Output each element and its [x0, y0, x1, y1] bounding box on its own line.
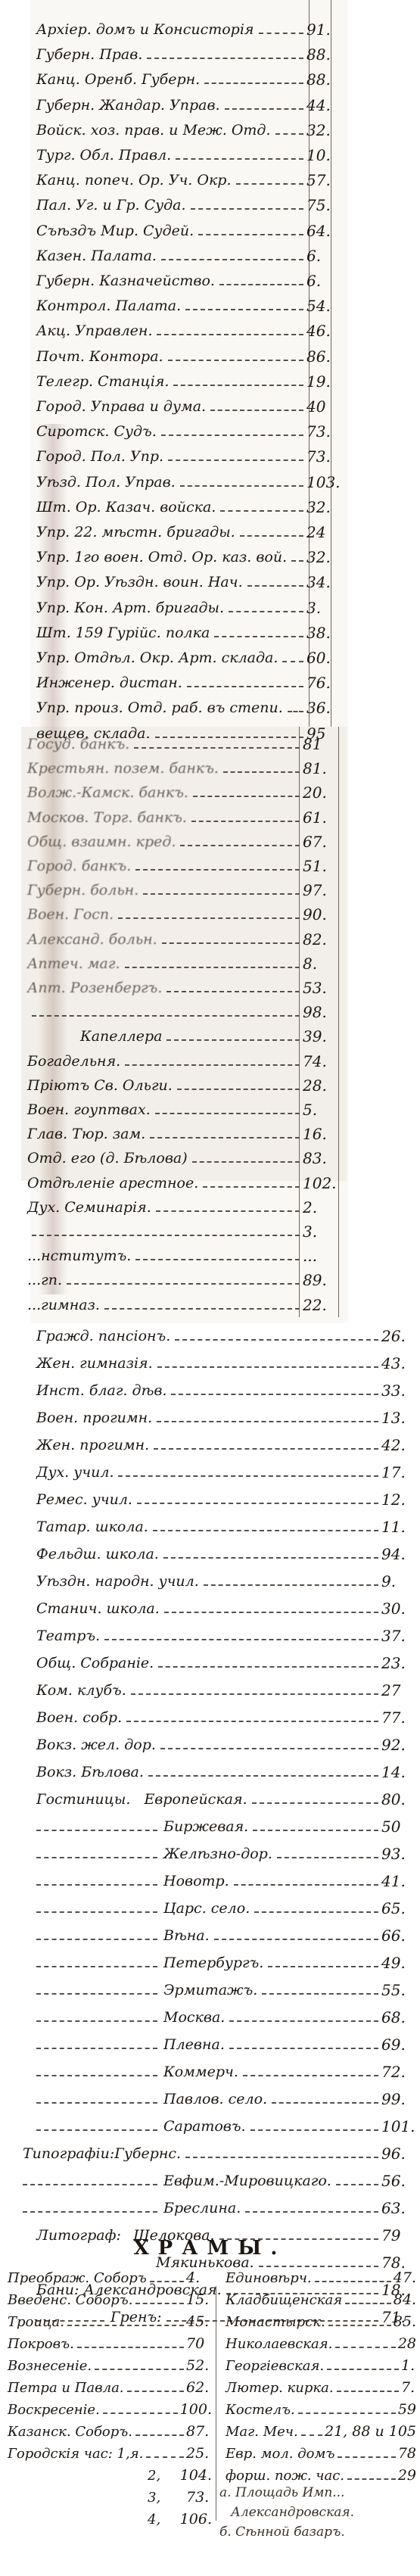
index-entry: Павлов. село.99. — [36, 2082, 407, 2107]
index-entry: Вокз. жел. дор.92. — [36, 1727, 407, 1753]
index-entry: ...нститутъ.... — [27, 1238, 338, 1264]
index-entry: Станич. школа.30. — [36, 1591, 407, 1617]
leader-line — [315, 2281, 391, 2282]
entry-number: 88. — [306, 71, 335, 88]
entry-label: Павлов. село. — [163, 2091, 267, 2107]
entry-label: Эрмитажъ. — [163, 1982, 257, 1998]
entry-label: Инженер. дистан. — [36, 674, 182, 691]
entry-label: Фельдш. школа. — [36, 1546, 159, 1562]
leader-line — [36, 2102, 157, 2104]
entry-number: 10. — [306, 147, 335, 164]
index-entry: Желѣзно-дор.93. — [36, 1836, 407, 1862]
leader-line — [277, 1857, 378, 1858]
temple-number: 84. — [394, 2291, 416, 2308]
entry-number: 46. — [306, 322, 335, 339]
leader-line — [282, 661, 303, 662]
entry-label: Плевна. — [163, 2036, 225, 2053]
leader-line — [36, 1857, 157, 1858]
entry-number: 76. — [306, 674, 335, 691]
leader-line — [191, 208, 303, 210]
entry-number: 50 — [381, 1818, 407, 1835]
entry-label: Бреслина. — [163, 2200, 241, 2216]
leader-line — [229, 2048, 378, 2049]
entry-number: 60. — [306, 649, 335, 666]
leader-line — [166, 991, 300, 992]
entry-number: 73. — [306, 423, 335, 440]
index-entry: Новотр.41. — [36, 1864, 407, 1889]
index-entry: Город. банкъ.51. — [27, 849, 338, 874]
temple-number: 7. — [401, 2379, 416, 2396]
leader-line — [135, 2303, 184, 2304]
index-entry: Канц. Оренб. Губерн.88. — [36, 62, 335, 88]
leader-line — [103, 2412, 178, 2414]
temple-number: 15. — [186, 2291, 212, 2308]
entry-number: 39. — [303, 1028, 338, 1045]
index-entry: ...гп.89. — [27, 1263, 338, 1288]
index-entry: Глав. Тюр. зам.16. — [27, 1117, 338, 1142]
index-entry: Тург. Обл. Правл.10. — [36, 138, 335, 164]
temple-entry: Костелъ.59 — [226, 2395, 416, 2418]
entry-number: 72. — [381, 2064, 407, 2080]
temple-entry: Георгiевская.1. — [226, 2351, 416, 2374]
entry-label: Прiютъ Св. Ольги. — [27, 1077, 173, 1094]
leader-line — [164, 1612, 378, 1613]
index-entry: Гражд. пансiонъ.26. — [36, 1319, 407, 1344]
leader-line — [243, 2075, 378, 2076]
temple-name: Воскресенiе. — [8, 2402, 100, 2418]
leader-line — [163, 1557, 378, 1559]
entry-label: Упр. Отдѣл. Окр. Арт. склада. — [36, 649, 278, 666]
entry-number: 67. — [303, 833, 338, 850]
index-entry: Ремес. учил.12. — [36, 1482, 407, 1508]
leader-line — [180, 485, 303, 487]
leader-line — [161, 259, 303, 260]
entry-number: 101. — [381, 2118, 407, 2135]
leader-line — [36, 1966, 157, 1967]
index-entry: Губерн. Казначейство.6. — [36, 263, 335, 289]
temple-name: Кладбищенская — [226, 2292, 342, 2308]
leader-line — [118, 917, 300, 919]
temple-number: 87. — [186, 2423, 212, 2440]
index-entry: Евфим.-Мировицкаго.56. — [23, 2163, 407, 2189]
index-entry: Богадельня.74. — [27, 1044, 338, 1070]
entry-number: 68. — [381, 2009, 407, 2026]
entry-label: Город. Пол. Упр. — [36, 448, 163, 465]
entry-number: 99. — [381, 2091, 407, 2107]
entry-number: 37. — [381, 1628, 407, 1644]
entry-number: 41. — [381, 1873, 407, 1889]
entry-number: 19. — [306, 373, 335, 390]
entry-number: 12. — [381, 1491, 407, 1508]
index-entry: Почт. Контора.86. — [36, 339, 335, 365]
leader-line — [23, 2211, 157, 2213]
index-entry: Типографiи:Губернс.96. — [23, 2136, 407, 2162]
entry-number: 93. — [381, 1846, 407, 1862]
entry-number: 28. — [303, 1077, 338, 1094]
entry-label: Воен. гоуптвах. — [27, 1101, 151, 1118]
entry-number: 17. — [381, 1464, 407, 1481]
temple-name: Лютер. кирка. — [226, 2380, 334, 2396]
index-entry: Татар. школа.11. — [36, 1509, 407, 1535]
temple-number: 28 — [398, 2335, 416, 2352]
index-entry: Уѣздн. народн. учил.9. — [36, 1564, 407, 1590]
entry-label: Желѣзно-дор. — [163, 1846, 272, 1862]
entry-label: Жен. прогимн. — [36, 1437, 149, 1453]
temple-name: Единовѣрч. — [226, 2270, 312, 2286]
leader-line — [160, 1748, 378, 1749]
leader-line — [173, 385, 303, 386]
entry-label: Войск. хоз. прав. и Меж. Отд. — [36, 122, 271, 139]
entry-label: ...гп. — [27, 1272, 62, 1288]
entry-number: 23. — [381, 1655, 407, 1671]
temple-number: 85. — [394, 2313, 416, 2330]
entry-label: Упр. Кон. Арт. бригады. — [36, 600, 224, 616]
index-entry: Архiер. домъ и Консисторiя91. — [36, 12, 335, 38]
index-entry: Губерн. Прав.88. — [36, 37, 335, 63]
temple-entry: Кладбищенская84. — [226, 2285, 416, 2308]
leader-line — [328, 2325, 391, 2326]
entry-label: Воен. собр. — [36, 1709, 122, 1726]
temple-entry: форш. пож. час.29 — [226, 2461, 416, 2484]
entry-label: Контрол. Палата. — [36, 297, 181, 314]
leader-line — [163, 2478, 178, 2480]
entry-number: 63. — [381, 2200, 407, 2216]
entry-number: 3. — [303, 1223, 338, 1240]
leader-line — [275, 133, 304, 135]
entry-number: 3. — [306, 600, 335, 616]
entry-number: 9. — [381, 1573, 407, 1590]
entry-label: Петербургъ. — [163, 1955, 263, 1971]
index-entry: Жен. прогимн.42. — [36, 1428, 407, 1453]
temple-entry: 4,106. — [8, 2505, 212, 2528]
entry-number: 36. — [306, 699, 335, 716]
temple-entry: Преображ. Соборъ4. — [8, 2263, 212, 2286]
index-entry: Госуд. банкъ.81 — [27, 727, 338, 752]
temple-number: 106. — [180, 2511, 212, 2528]
column-rule-outer — [338, 727, 339, 1317]
temple-number: 73. — [186, 2489, 212, 2506]
temple-name: Городскiя час: 1,я. — [8, 2446, 143, 2462]
entry-label: Вокз. жел. дор. — [36, 1737, 156, 1753]
leader-line — [171, 1394, 378, 1395]
entry-number: 34. — [306, 574, 335, 590]
leader-line — [335, 2347, 395, 2348]
temple-number: 100. — [180, 2401, 212, 2418]
entry-number: 44. — [306, 97, 335, 114]
entry-number: 8. — [303, 955, 338, 972]
leader-line — [185, 309, 303, 310]
temple-name: 4, — [148, 2512, 160, 2528]
index-entry: Съѣздъ Мир. Судей.64. — [36, 213, 335, 239]
leader-line — [254, 1911, 378, 1913]
entry-number: 73. — [306, 448, 335, 465]
leader-line — [36, 2048, 157, 2049]
entry-label: ...нститутъ. — [27, 1248, 131, 1264]
entry-label: Упр. Ор. Уѣздн. воин. Нач. — [36, 574, 243, 590]
entry-label: Губерн. Прав. — [36, 46, 142, 63]
leader-line — [36, 1884, 157, 1886]
entry-label: Царс. село. — [163, 1900, 250, 1917]
entry-number: 6. — [306, 248, 335, 264]
leader-line — [118, 1475, 378, 1477]
leader-line — [229, 611, 303, 612]
temple-name: Казанск. Соборъ. — [8, 2424, 132, 2440]
temple-entry: Единовѣрч.47. — [226, 2263, 416, 2286]
index-entry: Шт. Ор. Казач. войска.32. — [36, 490, 335, 516]
entry-number: 51. — [303, 858, 338, 874]
leader-line — [32, 1015, 300, 1017]
entry-label: Почт. Контора. — [36, 348, 163, 365]
leader-line — [77, 2347, 184, 2348]
index-entry: Царс. село.65. — [36, 1891, 407, 1917]
temple-name: Георгiевская. — [226, 2358, 324, 2374]
index-entry: Город. Управа и дума.40 — [36, 389, 335, 415]
temple-number: 45. — [186, 2313, 212, 2330]
entry-label: Губерн. больн. — [27, 882, 138, 899]
index-entry: Вокз. Бѣлова.14. — [36, 1755, 407, 1780]
leader-line — [229, 2020, 378, 2022]
entry-label: Богадельня. — [27, 1053, 120, 1070]
index-entry: Воен. прогимн.13. — [36, 1400, 407, 1426]
leader-line — [338, 2456, 395, 2458]
entry-label: Воен. прогимн. — [36, 1409, 152, 1426]
index-entry: Фельдш. школа.94. — [36, 1537, 407, 1562]
temple-name: Костелъ. — [226, 2402, 295, 2418]
index-entry: Театръ.37. — [36, 1618, 407, 1644]
entry-number: 103. — [306, 474, 335, 491]
leader-line — [245, 2211, 378, 2213]
entry-number: 33. — [381, 1382, 407, 1399]
entry-label: Дух. учил. — [36, 1464, 114, 1481]
leader-line — [135, 1259, 300, 1260]
index-entry: Общ. Собранiе.23. — [36, 1646, 407, 1671]
leader-line — [336, 2184, 378, 2185]
leader-line — [146, 2456, 184, 2458]
leader-line — [36, 2129, 157, 2131]
entry-label: Упр. произ. Отд. раб. въ степи. — [36, 699, 283, 716]
leader-line — [150, 1137, 300, 1138]
leader-line — [104, 1308, 300, 1310]
index-entry: Воен. собр.77. — [36, 1700, 407, 1726]
entry-number: 20. — [303, 784, 338, 801]
entry-label: Губерн. Казначейство. — [36, 273, 215, 289]
entry-label: Театръ. — [36, 1628, 100, 1644]
temple-entry: Николаевская.28 — [226, 2329, 416, 2352]
entry-number: 75. — [306, 197, 335, 213]
temple-entry: Евр. мол. домъ78 — [226, 2439, 416, 2462]
leader-line — [176, 158, 303, 160]
entry-number: 32. — [306, 499, 335, 516]
index-entry: Губерн. Жандар. Управ.44. — [36, 88, 335, 114]
leader-line — [168, 360, 303, 361]
entry-label: Станич. школа. — [36, 1600, 160, 1617]
entry-number: 6. — [306, 273, 335, 289]
entry-number: 49. — [381, 1955, 407, 1971]
temple-note: а. Площадь Имп... — [219, 2485, 345, 2500]
temple-name: Вознесенiе. — [8, 2358, 92, 2374]
temple-name: Монастырск. — [226, 2314, 325, 2330]
leader-line — [345, 2303, 391, 2304]
temple-number: 47. — [394, 2269, 416, 2286]
temple-name: Покровъ. — [8, 2336, 74, 2352]
entry-label: Телегр. Станцiя. — [36, 373, 169, 390]
entry-label: ...гимназ. — [27, 1297, 100, 1313]
temple-name: Введенс. Соборъ. — [8, 2292, 132, 2308]
entry-label: Капеллера — [80, 1028, 162, 1045]
leader-line — [126, 1721, 378, 1722]
index-entry: Эрмитажъ.55. — [36, 1973, 407, 1998]
temple-note: Александровская. — [231, 2505, 354, 2520]
entry-number: 94. — [381, 1546, 407, 1562]
leader-line — [161, 435, 303, 436]
index-entry: Войск. хоз. прав. и Меж. Отд.32. — [36, 113, 335, 139]
index-entry: Упр. 22. мѣстн. бригады.24 — [36, 515, 335, 540]
leader-line — [163, 2500, 184, 2502]
entry-label: Пал. Уг. и Гр. Суда. — [36, 197, 186, 213]
entry-label: Уѣзд. Пол. Управ. — [36, 474, 176, 491]
index-entry: Воен. Госп.90. — [27, 897, 338, 923]
entry-label: Аптеч. маг. — [27, 955, 120, 972]
index-entry: Жен. гимназiя.43. — [36, 1346, 407, 1372]
entry-label: Общ. взаимн. кред. — [27, 833, 176, 850]
entry-number: 57. — [306, 172, 335, 188]
entry-number: 80. — [381, 1791, 407, 1808]
leader-line — [198, 234, 303, 235]
entry-number: 96. — [381, 2145, 407, 2162]
leader-line — [157, 1421, 378, 1422]
leader-line — [147, 58, 303, 59]
entry-number: 11. — [381, 1519, 407, 1535]
entry-label: Инст. благ. дѣв. — [36, 1382, 166, 1399]
entry-label: Губернс. — [114, 2145, 181, 2162]
temple-entry: Городскiя час: 1,я.25. — [8, 2439, 212, 2462]
hotels-heading: Гостиницы. — [36, 1791, 130, 1808]
index-entry: Губерн. больн.97. — [27, 873, 338, 899]
index-entry: Канц. попеч. Ор. Уч. Окр.57. — [36, 163, 335, 188]
leader-line — [298, 2412, 396, 2414]
leader-line — [253, 1830, 378, 1831]
index-entry: Отд. его (д. Бѣлова)83. — [27, 1141, 338, 1167]
entry-number: 53. — [303, 980, 338, 996]
index-entry: Капеллера39. — [27, 1019, 338, 1045]
entry-label: Общ. Собранiе. — [36, 1655, 154, 1671]
entry-number: 55. — [381, 1982, 407, 1998]
leader-line — [36, 1830, 157, 1831]
entry-label: Новотр. — [163, 1873, 229, 1889]
index-entry: Контрол. Палата.54. — [36, 288, 335, 314]
leader-line — [187, 686, 303, 687]
leader-line — [135, 2434, 184, 2436]
entry-label: Город. банкъ. — [27, 858, 131, 874]
entry-number: 38. — [306, 625, 335, 641]
entry-label: Воен. Госп. — [27, 906, 114, 923]
temple-entry: 3,73. — [8, 2483, 212, 2506]
entry-label: Госуд. банкъ. — [27, 736, 129, 752]
index-entry: Прiютъ Св. Ольги.28. — [27, 1068, 338, 1094]
index-entry: Упр. Ор. Уѣздн. воин. Нач.34. — [36, 565, 335, 590]
entry-label: Отдѣленiе арестное. — [27, 1175, 198, 1191]
leader-line — [36, 1993, 157, 1995]
temple-name: Евр. мол. домъ — [226, 2446, 334, 2462]
leader-line — [67, 2325, 184, 2326]
index-entry: Упр. Отдѣл. Окр. Арт. склада.60. — [36, 640, 335, 666]
temple-name: 3, — [148, 2490, 160, 2506]
index-entry: Акц. Управлен.46. — [36, 313, 335, 339]
entry-number: 24 — [306, 524, 335, 540]
entry-label: Архiер. домъ и Консисторiя — [36, 21, 254, 38]
entry-label: Тург. Обл. Правл. — [36, 147, 171, 164]
entry-number: 32. — [306, 122, 335, 139]
temple-name: Маг. Меч. — [226, 2424, 298, 2440]
index-entry: Дух. учил.17. — [36, 1455, 407, 1481]
entry-label: Европейская. — [144, 1791, 247, 1808]
index-entry: 98. — [27, 995, 338, 1020]
leader-line — [347, 2478, 396, 2480]
leader-line — [225, 108, 303, 110]
leader-line — [175, 1339, 378, 1341]
index-entry: Упр. произ. Отд. раб. въ степи.36. — [36, 690, 335, 716]
temple-number: 59 — [398, 2401, 416, 2418]
temples-title: ХРАМЫ. — [0, 2237, 420, 2260]
leader-line — [137, 1503, 378, 1504]
index-entry: Москов. Торг. банкъ.61. — [27, 800, 338, 826]
leader-line — [143, 893, 300, 895]
index-entry: Плевна.69. — [36, 2027, 407, 2053]
entry-number: 98. — [303, 1004, 338, 1020]
leader-line — [203, 1186, 300, 1188]
leader-line — [192, 1161, 300, 1163]
entry-number: ... — [303, 1248, 338, 1264]
leader-line — [291, 560, 303, 562]
entry-label: Отд. его (д. Бѣлова) — [27, 1150, 188, 1167]
entry-number: 13. — [381, 1409, 407, 1426]
entry-label: Глав. Тюр. зам. — [27, 1126, 145, 1142]
entry-label: Крестьян. позем. банкъ. — [27, 760, 219, 777]
leader-line — [125, 967, 300, 968]
leader-line — [210, 410, 303, 411]
entry-label: Канц. попеч. Ор. Уч. Окр. — [36, 172, 232, 188]
entry-number: 65. — [381, 1900, 407, 1917]
leader-line — [156, 1210, 300, 1212]
index-entry: Крестьян. позем. банкъ.81. — [27, 751, 338, 777]
leader-line — [191, 821, 300, 822]
index-entry: Ком. клубъ.27 — [36, 1673, 407, 1699]
leader-line — [337, 2391, 399, 2392]
temple-entry: Монастырск.85. — [226, 2307, 416, 2330]
entry-number: 22. — [303, 1297, 338, 1313]
entry-label: Казен. Палата. — [36, 248, 157, 264]
entry-number: 91. — [306, 21, 335, 38]
entry-number: 102. — [303, 1175, 338, 1191]
leader-line — [236, 183, 303, 185]
temple-name: Николаевская. — [226, 2336, 332, 2352]
leader-line — [234, 1884, 378, 1886]
index-entry: Пал. Уг. и Гр. Суда.75. — [36, 188, 335, 213]
index-entry: Инст. благ. дѣв.33. — [36, 1373, 407, 1399]
leader-line — [157, 1366, 378, 1368]
entry-number: 77. — [381, 1709, 407, 1726]
index-entry: Дух. Семинарiя.2. — [27, 1190, 338, 1216]
temple-number: 25. — [186, 2445, 212, 2462]
entry-label: Вокз. Бѣлова. — [36, 1764, 144, 1780]
entry-number: 56. — [381, 2173, 407, 2189]
temple-note: б. Сѣнной базаръ. — [219, 2525, 345, 2540]
temple-entry: Троица.45. — [8, 2307, 212, 2330]
index-entry: Телегр. Станцiя.19. — [36, 364, 335, 390]
entry-label: Сиротск. Судъ. — [36, 423, 157, 440]
entry-label: Упр. 1го воен. Отд. Ор. каз. вой. — [36, 549, 287, 565]
temple-entry: Введенс. Соборъ.15. — [8, 2285, 212, 2308]
